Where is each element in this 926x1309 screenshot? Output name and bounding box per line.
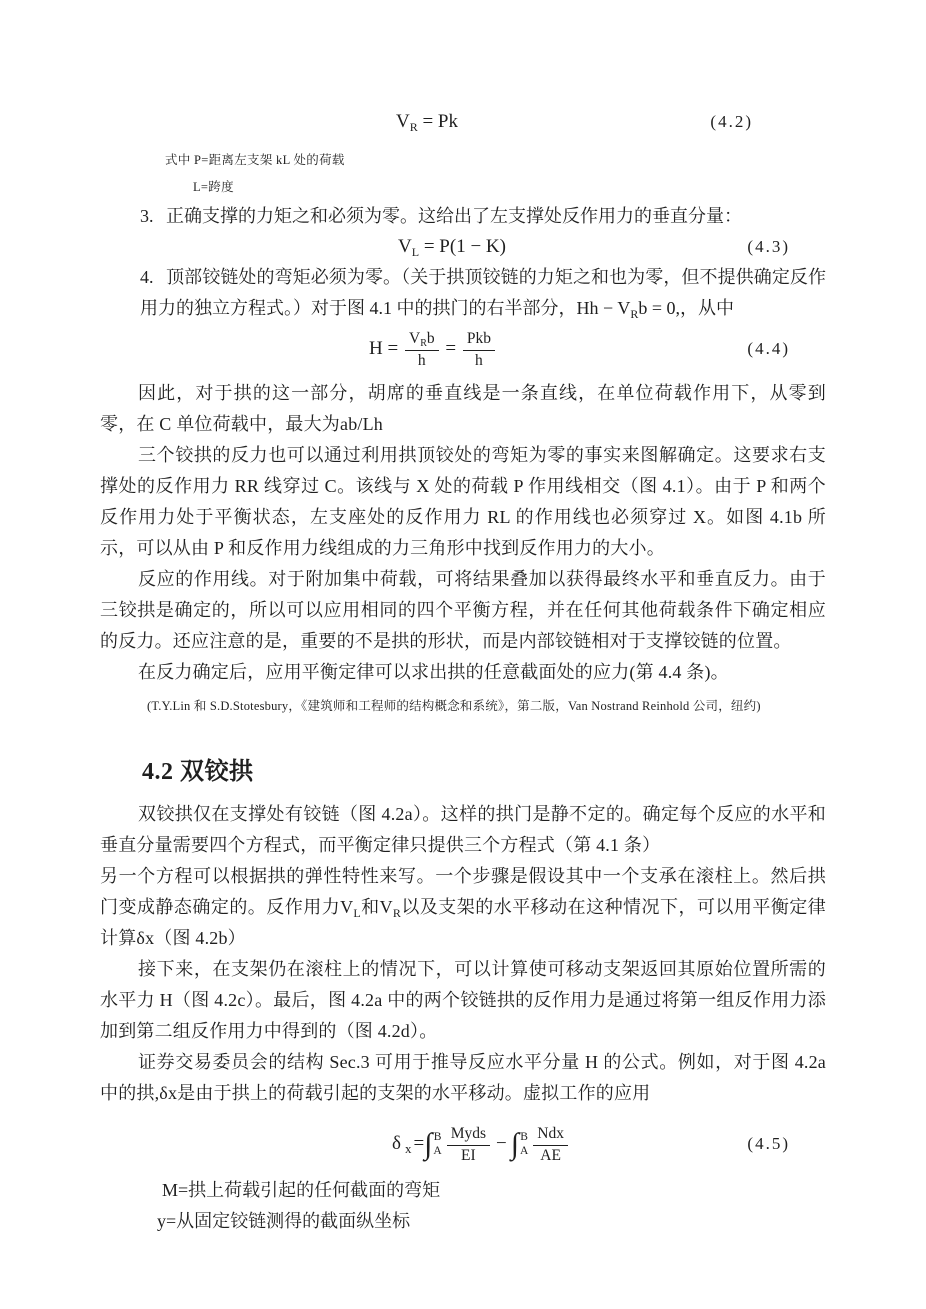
paragraph: 三个铰拱的反力也可以通过利用拱顶铰处的弯矩为零的事实来图解确定。这要求右支撑处的… [100, 440, 826, 564]
formula-note-l: L=跨度 [193, 174, 826, 201]
formula-text: = [441, 338, 461, 359]
delta-symbol: δ [392, 1133, 401, 1154]
minus-sign: − [496, 1133, 507, 1154]
numerator: Ndx [533, 1124, 568, 1146]
formula-text: = P(1 − K) [419, 236, 506, 257]
paragraph: 因此，对于拱的这一部分，胡席的垂直线是一条直线，在单位荷载作用下，从零到零，在 … [100, 378, 826, 440]
list-text: 正确支撑的力矩之和必须为零。这给出了左支撑处反作用力的垂直分量： [166, 206, 742, 226]
formula-text: = [413, 1133, 424, 1154]
document-page: VR = Pk (4.2) 式中 P=距离左支架 kL 处的荷载 L=跨度 3.… [0, 0, 926, 1309]
paragraph: 另一个方程可以根据拱的弹性特性来写。一个步骤是假设其中一个支承在滚柱上。然后拱门… [100, 861, 826, 954]
section-heading: 4.2 双铰拱 [142, 751, 826, 786]
subscript: L [412, 245, 419, 259]
equation-4-2: VR = Pk (4.2) [100, 107, 826, 137]
subscript: R [410, 120, 418, 134]
integral-limits: BA [520, 1131, 528, 1159]
formula-vl: VL = P(1 − K) [398, 232, 506, 262]
subscript: R [420, 338, 427, 349]
formula-h: H = VRbh = Pkbh [369, 326, 497, 372]
formula-text: V [398, 236, 412, 257]
paragraph: 双铰拱仅在支撑处有铰链（图 4.2a）。这样的拱门是静不定的。确定每个反应的水平… [100, 799, 826, 861]
list-item-4: 4.顶部铰链处的弯矩必须为零。（关于拱顶铰链的力矩之和也为零，但不提供确定反作用… [100, 262, 826, 324]
numerator: VRb [405, 329, 439, 351]
fraction: NdxAE [533, 1124, 568, 1166]
equation-number: (4.4) [747, 326, 790, 372]
equation-number: (4.3) [747, 232, 790, 262]
subscript: R [393, 906, 401, 920]
subscript: x [405, 1141, 412, 1156]
integral-icon: ∫ [424, 1128, 432, 1161]
formula-note-p: 式中 P=距离左支架 kL 处的荷载 [165, 147, 826, 174]
formula-delta-x: δx=∫BAMydsEI−∫BANdxAE [392, 1117, 570, 1171]
equation-number: (4.5) [747, 1117, 790, 1171]
list-marker: 4. [140, 262, 166, 293]
lower-limit: A [520, 1145, 528, 1159]
integral-limits: BA [433, 1131, 441, 1159]
paragraph: 接下来，在支架仍在滚柱上的情况下，可以计算使可移动支架返回其原始位置所需的水平力… [100, 954, 826, 1047]
list-item-3: 3.正确支撑的力矩之和必须为零。这给出了左支撑处反作用力的垂直分量： [100, 201, 826, 232]
equation-number: (4.2) [710, 107, 753, 137]
lower-limit: A [433, 1145, 441, 1159]
formula-text: V [409, 330, 420, 347]
upper-limit: B [433, 1131, 441, 1145]
denominator: h [405, 351, 439, 371]
equation-4-3: VL = P(1 − K) (4.3) [100, 232, 826, 262]
fraction: MydsEI [447, 1124, 490, 1166]
denominator: h [463, 351, 495, 371]
upper-limit: B [520, 1131, 528, 1145]
list-marker: 3. [140, 201, 166, 232]
formula-text: V [396, 111, 410, 132]
numerator: Myds [447, 1124, 490, 1146]
formula-vr: VR = Pk [396, 107, 458, 137]
formula-text: b [427, 330, 435, 347]
fraction: VRbh [405, 329, 439, 371]
equation-4-4: H = VRbh = Pkbh (4.4) [100, 326, 826, 372]
denominator: EI [447, 1146, 490, 1166]
paragraph-text: 和V [361, 897, 393, 917]
integral-icon: ∫ [511, 1128, 519, 1161]
denominator: AE [533, 1146, 568, 1166]
definition-m: M=拱上荷载引起的任何截面的弯矩 [162, 1175, 826, 1206]
list-text: b = 0,，从中 [638, 298, 734, 318]
paragraph: 在反力确定后，应用平衡定律可以求出拱的任意截面处的应力(第 4.4 条)。 [100, 657, 826, 688]
fraction: Pkbh [463, 329, 495, 371]
definition-y: y=从固定铰链测得的截面纵坐标 [157, 1206, 826, 1237]
numerator: Pkb [463, 329, 495, 351]
formula-text: H = [369, 338, 403, 359]
citation: (T.Y.Lin 和 S.D.Stotesbury，《建筑师和工程师的结构概念和… [147, 696, 826, 716]
formula-text: = Pk [418, 111, 458, 132]
paragraph: 证券交易委员会的结构 Sec.3 可用于推导反应水平分量 H 的公式。例如，对于… [100, 1047, 826, 1109]
subscript: L [353, 906, 361, 920]
equation-4-5: δx=∫BAMydsEI−∫BANdxAE (4.5) [100, 1117, 826, 1171]
paragraph: 反应的作用线。对于附加集中荷载，可将结果叠加以获得最终水平和垂直反力。由于三铰拱… [100, 564, 826, 657]
